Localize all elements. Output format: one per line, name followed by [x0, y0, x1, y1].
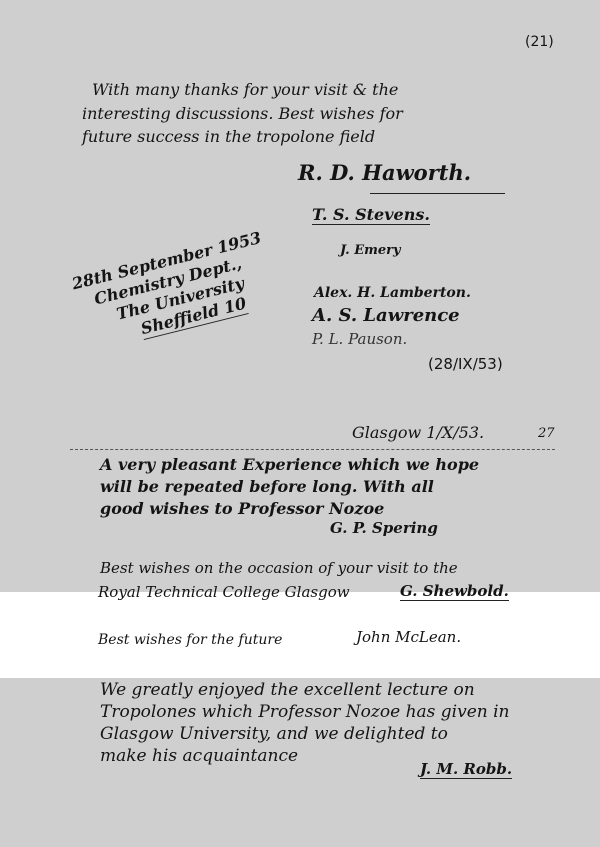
place-date: Glasgow 1/X/53.	[352, 423, 484, 443]
signature: R. D. Haworth.	[298, 160, 471, 185]
signature-underline	[370, 193, 505, 194]
scan-band	[0, 592, 600, 678]
signature: A. S. Lawrence	[312, 305, 460, 326]
signature: Alex. H. Lamberton.	[314, 285, 471, 301]
signature: J. Emery	[340, 243, 401, 258]
signature: John McLean.	[356, 628, 461, 646]
message-line: With many thanks for your visit & the	[92, 80, 398, 100]
signature: G. P. Spering	[330, 519, 438, 537]
page-marker: 27	[538, 424, 555, 444]
page-number: (21)	[525, 34, 554, 50]
message-line: Royal Technical College Glasgow	[98, 582, 350, 602]
message-line: Best wishes for the future	[98, 630, 282, 650]
message-line: will be repeated before long. With all	[100, 477, 434, 497]
divider-rule	[70, 449, 555, 450]
date: (28/IX/53)	[428, 355, 503, 373]
message-line: future success in the tropolone field	[82, 127, 375, 147]
message-line: Glasgow University, and we delighted to	[100, 724, 448, 744]
signature: J. M. Robb.	[420, 760, 512, 779]
message-line: make his acquaintance	[100, 746, 298, 766]
signature: P. L. Pauson.	[312, 330, 407, 348]
signature: T. S. Stevens.	[312, 205, 430, 225]
message-line: A very pleasant Experience which we hope	[100, 455, 479, 475]
address-block: 28th September 1953 Chemistry Dept., The…	[70, 228, 278, 354]
message-line: good wishes to Professor Nozoe	[100, 499, 384, 519]
message-line: We greatly enjoyed the excellent lecture…	[100, 680, 475, 700]
message-line: Tropolones which Professor Nozoe has giv…	[100, 702, 510, 722]
message-line: interesting discussions. Best wishes for	[82, 104, 403, 124]
signature: G. Shewbold.	[400, 582, 509, 601]
message-line: Best wishes on the occasion of your visi…	[100, 558, 458, 578]
